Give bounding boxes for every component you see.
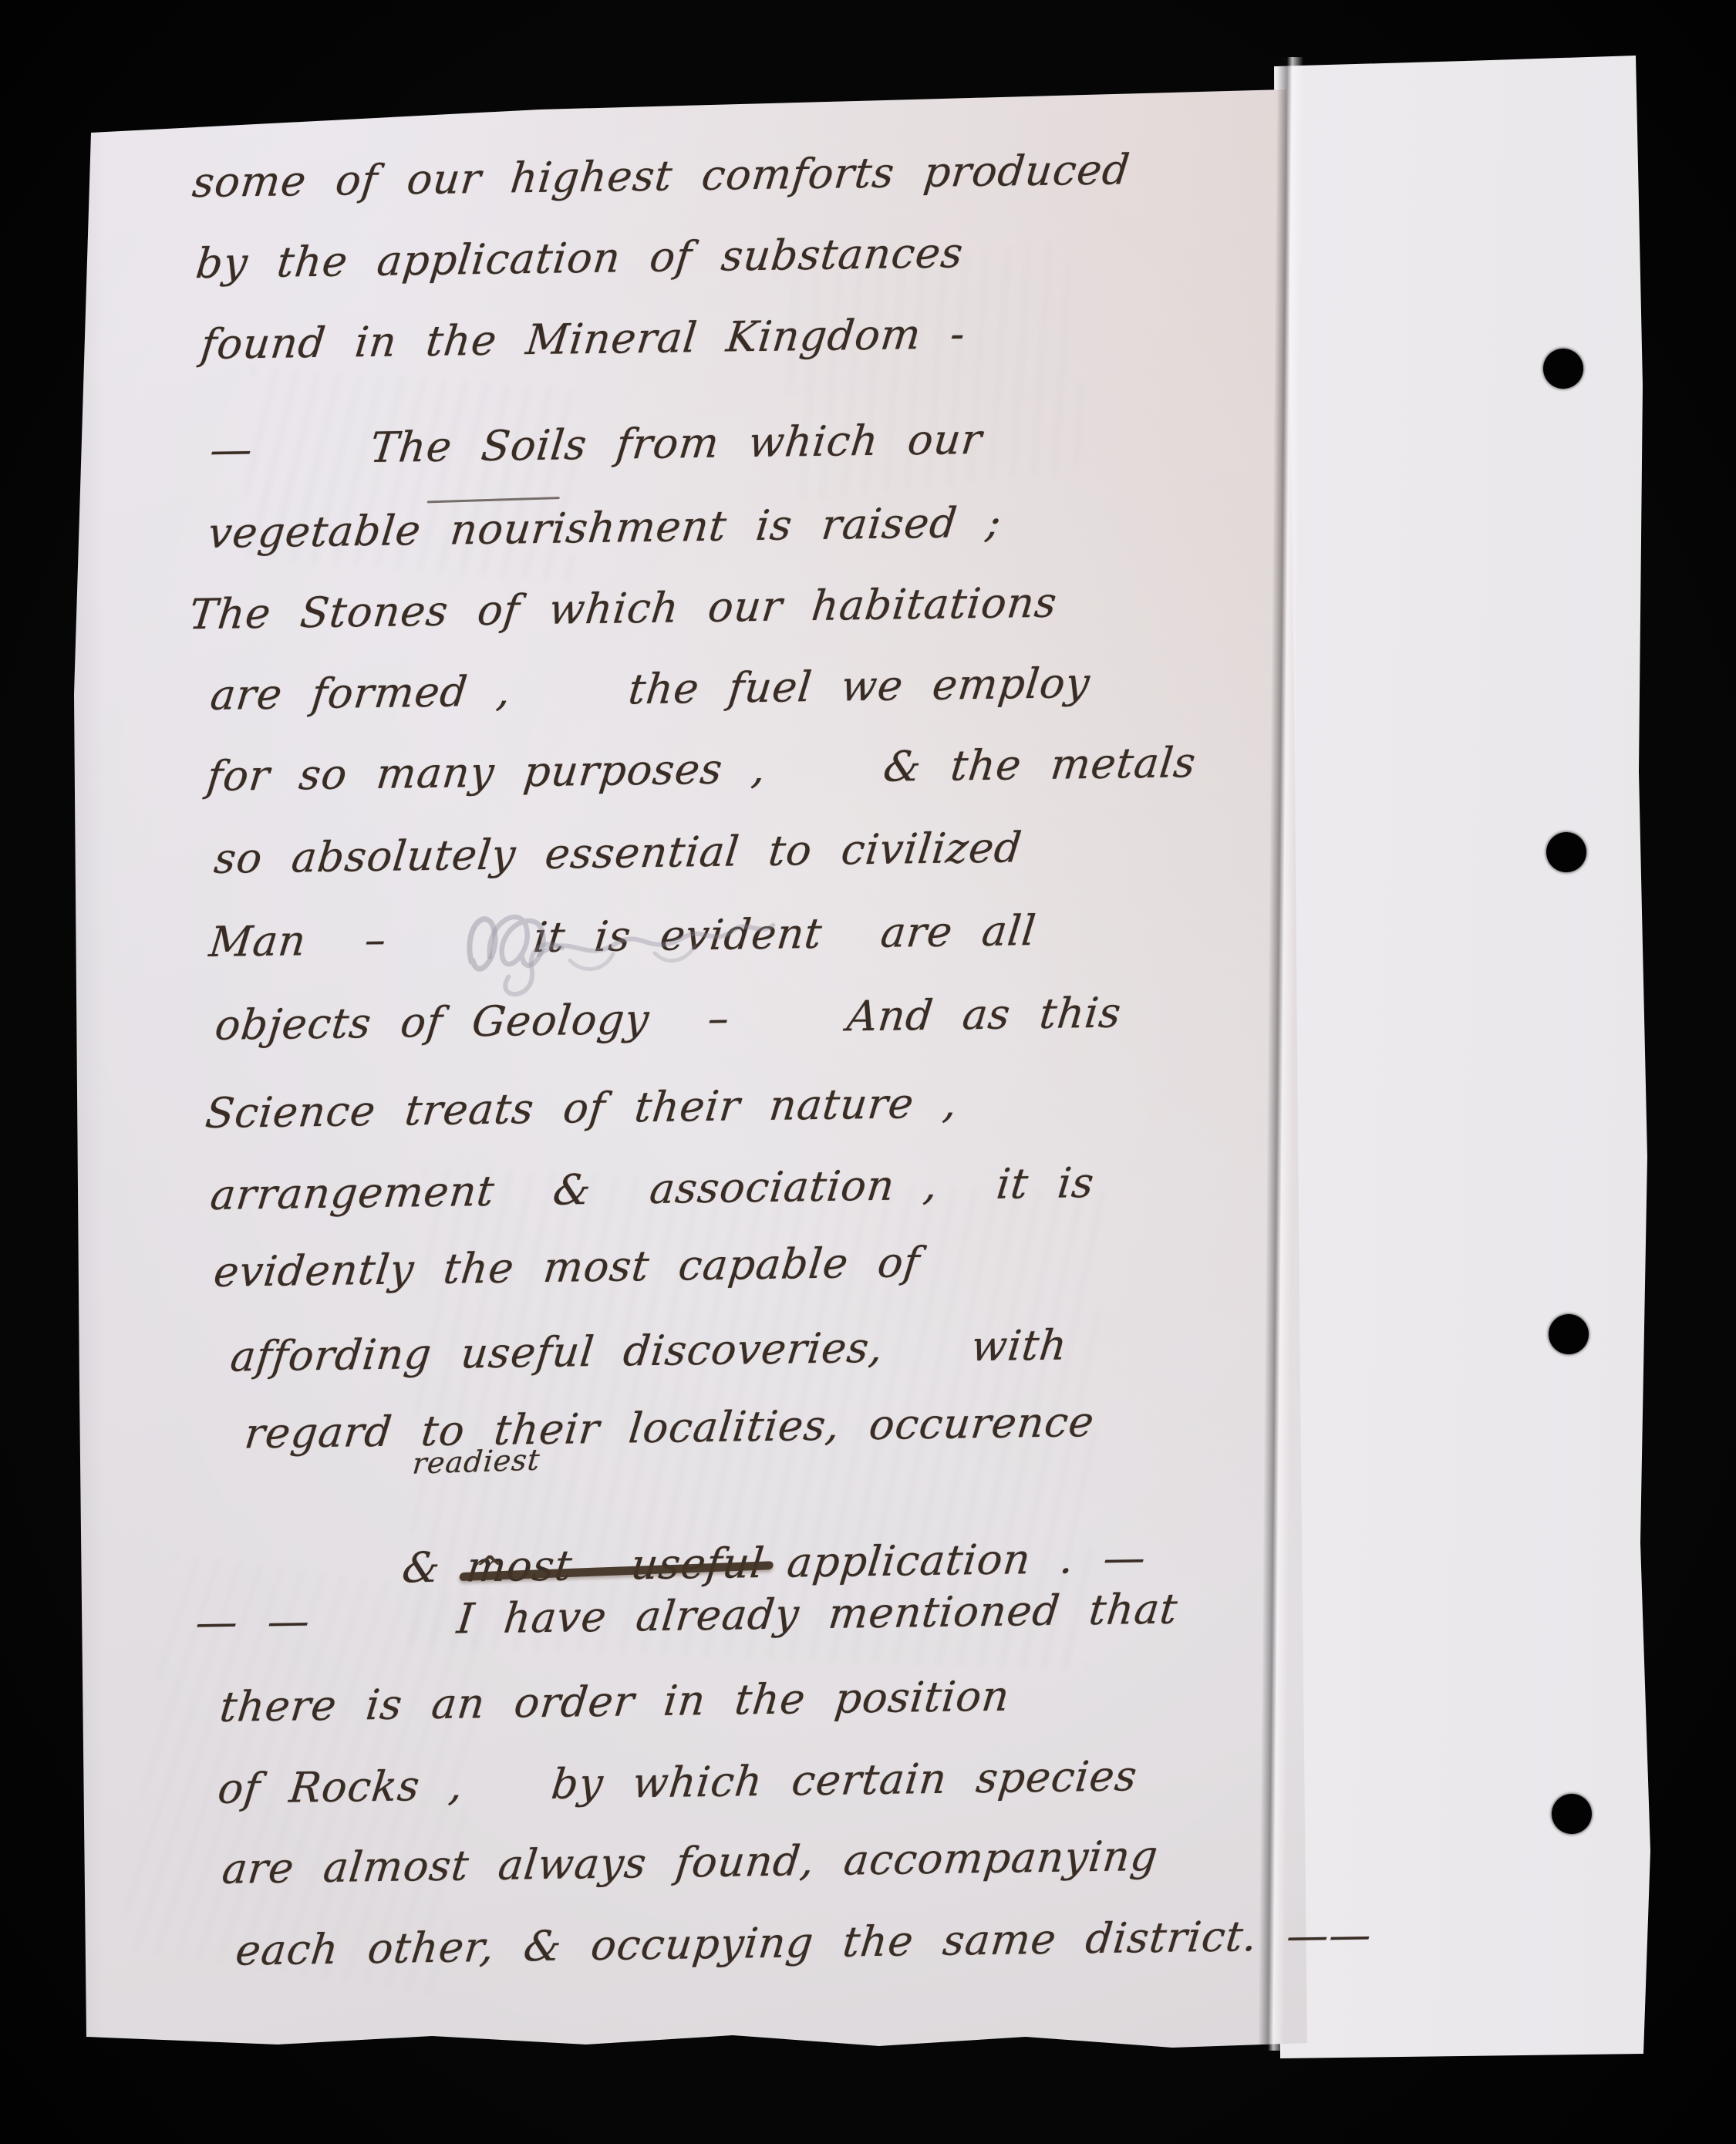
manuscript-line: so absolutely essential to civilized — [212, 823, 1025, 883]
handwriting-layer: some of our highest comforts produced by… — [0, 0, 1736, 2144]
inserted-word: readiest — [411, 1443, 541, 1481]
manuscript-line: The Stones of which our habitations — [187, 578, 1060, 639]
struck-words: most useful — [464, 1539, 767, 1591]
ink-underline-soils — [427, 497, 560, 503]
manuscript-line: arrangement & association , it is — [208, 1158, 1097, 1219]
manuscript-line: each other, & occupying the same distric… — [234, 1910, 1375, 1975]
insertion-caret: ^ — [472, 1549, 505, 1589]
manuscript-line: some of our highest comforts produced — [190, 145, 1133, 207]
manuscript-line: for so many purposes , & the metals — [204, 738, 1198, 801]
manuscript-line: evidently the most capable of — [211, 1238, 922, 1296]
manuscript-line: vegetable nourishment is raised ; — [206, 497, 1004, 557]
manuscript-line: by the application of substances — [194, 228, 966, 288]
manuscript-line: found in the Mineral Kingdom - — [198, 309, 968, 369]
manuscript-line: — The Soils from which our — [207, 415, 985, 474]
manuscript-line: Science treats of their nature , — [203, 1078, 960, 1138]
manuscript-line: there is an order in the position — [217, 1671, 1012, 1731]
manuscript-line: of Rocks , by which certain species — [216, 1751, 1140, 1813]
edited-line-prefix: & — [400, 1543, 443, 1593]
manuscript-line: are almost always found, accompanying — [220, 1832, 1161, 1893]
edited-line-suffix: application . — — [785, 1533, 1149, 1587]
manuscript-line: are formed , the fuel we employ — [208, 659, 1093, 720]
manuscript-line: regard to their localities, occurence — [242, 1397, 1097, 1458]
photo-background: some of our highest comforts produced by… — [0, 0, 1736, 2144]
manuscript-line: affording useful discoveries, with — [228, 1320, 1070, 1380]
pencil-scribble — [453, 881, 787, 1016]
